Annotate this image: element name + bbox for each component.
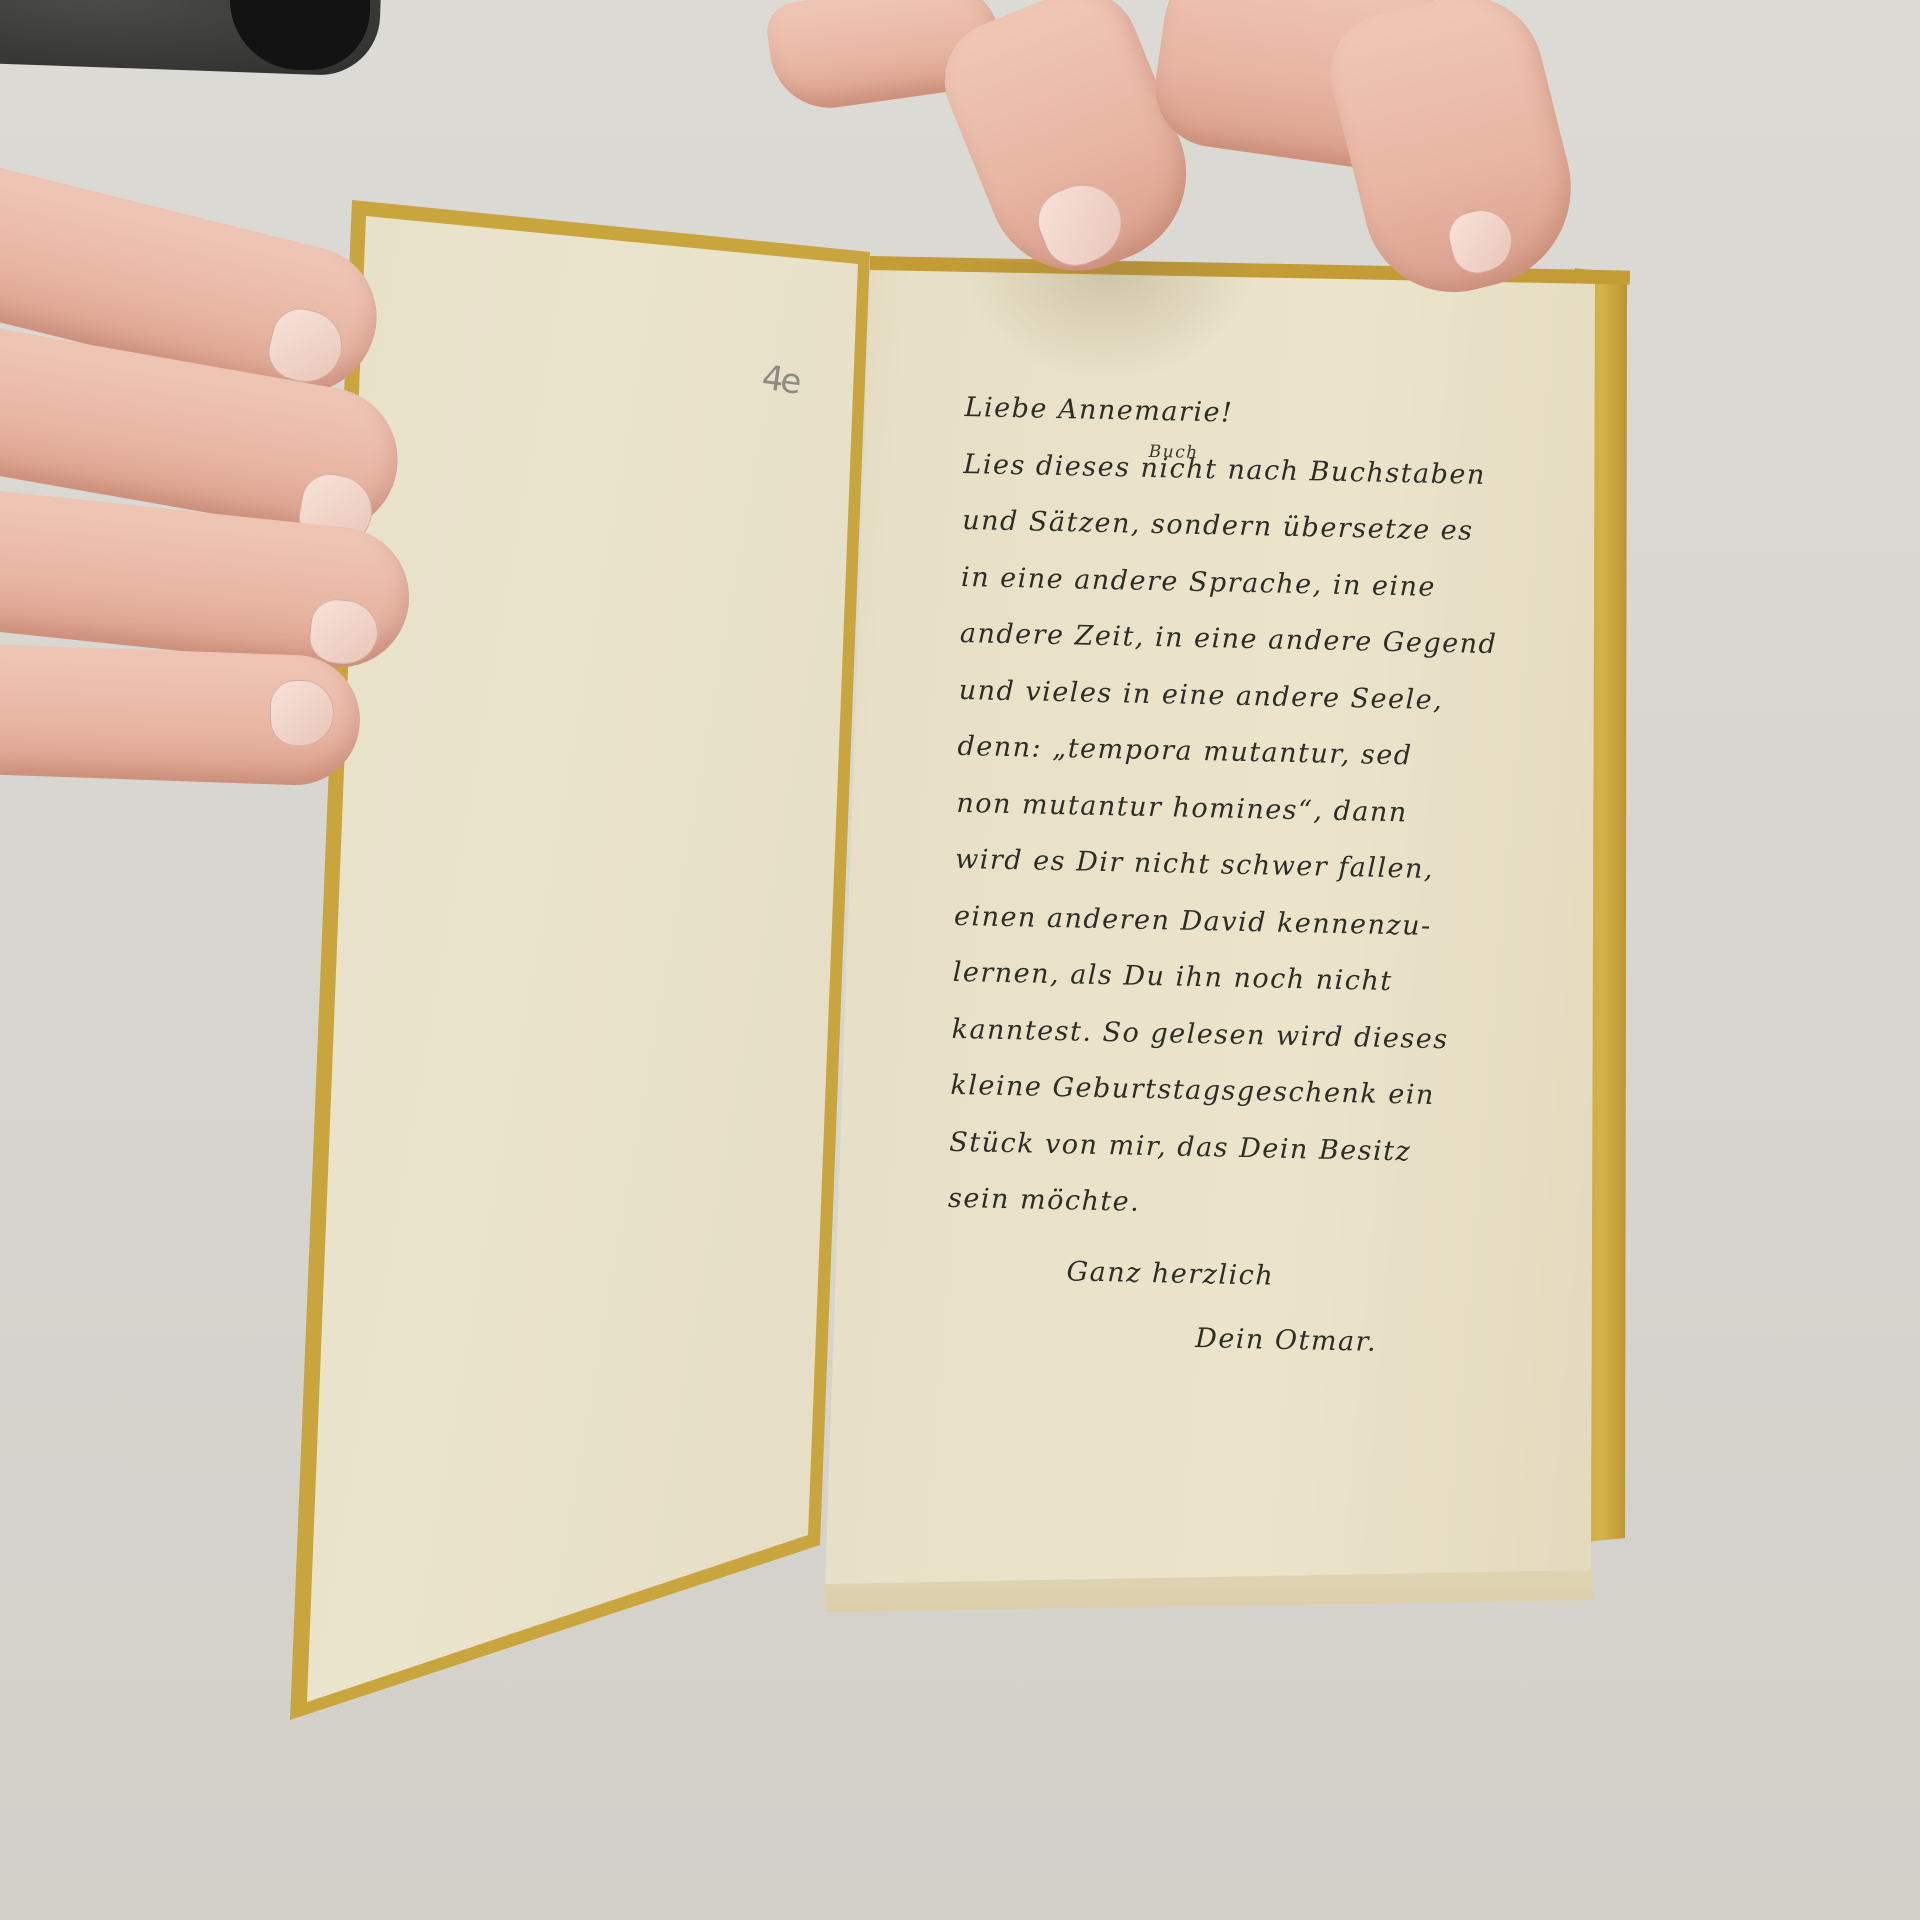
finger-outer bbox=[1318, 0, 1592, 311]
pencil-annotation: 4e bbox=[759, 358, 801, 403]
dedication-signature: Dein Otmar. bbox=[1194, 1323, 1585, 1388]
inserted-word: Buch bbox=[1149, 442, 1199, 463]
photo-scene: 4e Buch Liebe Annemarie! Lies dieses nic… bbox=[0, 0, 1920, 1920]
dedication-line: sein möchte. bbox=[947, 1183, 1588, 1253]
handwritten-dedication: Buch Liebe Annemarie! Lies dieses nicht … bbox=[944, 392, 1604, 1388]
fingernail bbox=[270, 680, 334, 746]
dedication-closing: Ganz herzlich bbox=[1066, 1256, 1587, 1323]
right-hand bbox=[730, 0, 1730, 340]
left-hand bbox=[0, 210, 410, 850]
